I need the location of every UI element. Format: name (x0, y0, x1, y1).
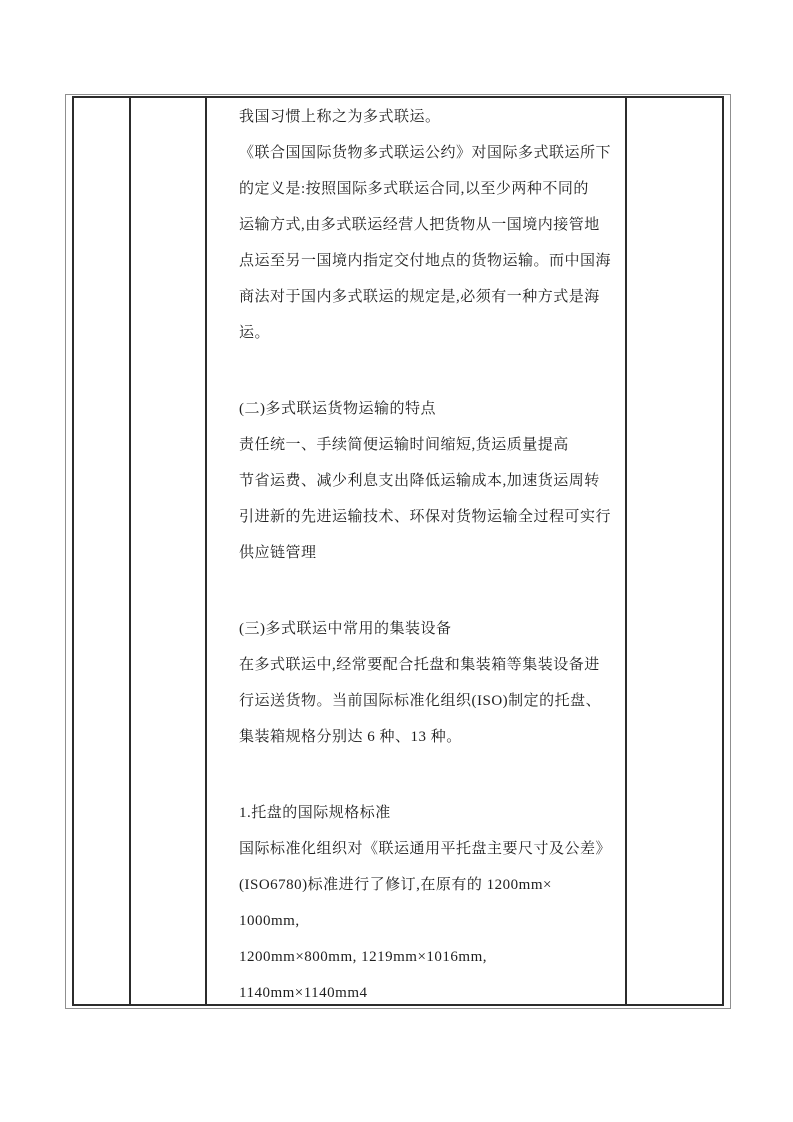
content-table: 我国习惯上称之为多式联运。 《联合国国际货物多式联运公约》对国际多式联运所下 的… (65, 94, 731, 1009)
paragraph-pallet-sizes: 1200mm×800mm, 1219mm×1016mm, 1140mm×1140… (239, 939, 619, 1004)
heading-section-2: (二)多式联运货物运输的特点 (239, 391, 619, 427)
table-cell-left-2 (131, 98, 207, 1004)
heading-section-3: (三)多式联运中常用的集装设备 (239, 611, 619, 647)
empty-line (239, 351, 619, 391)
table-cell-right (627, 98, 722, 1004)
paragraph-container-equipment: 在多式联运中,经常要配合托盘和集装箱等集装设备进 行运送货物。当前国际标准化组织… (239, 647, 619, 755)
paragraph-feature-cost: 节省运费、减少利息支出降低运输成本,加速货运周转 (239, 463, 619, 499)
paragraph-feature-responsibility: 责任统一、手续简便运输时间缩短,货运质量提高 (239, 427, 619, 463)
paragraph-intro: 我国习惯上称之为多式联运。 (239, 99, 619, 135)
empty-line (239, 755, 619, 795)
heading-pallet-standard: 1.托盘的国际规格标准 (239, 795, 619, 831)
paragraph-iso6780: 国际标准化组织对《联运通用平托盘主要尺寸及公差》 (ISO6780)标准进行了修… (239, 831, 619, 939)
table-cell-left-1 (74, 98, 131, 1004)
paragraph-un-convention-definition: 《联合国国际货物多式联运公约》对国际多式联运所下 的定义是:按照国际多式联运合同… (239, 135, 619, 351)
paragraph-feature-technology: 引进新的先进运输技术、环保对货物运输全过程可实行 供应链管理 (239, 499, 619, 571)
empty-line (239, 571, 619, 611)
table-body: 我国习惯上称之为多式联运。 《联合国国际货物多式联运公约》对国际多式联运所下 的… (72, 96, 724, 1006)
document-page: { "table": { "border_color": "#2c2c2c", … (0, 0, 793, 1122)
table-cell-main-text: 我国习惯上称之为多式联运。 《联合国国际货物多式联运公约》对国际多式联运所下 的… (207, 98, 627, 1004)
